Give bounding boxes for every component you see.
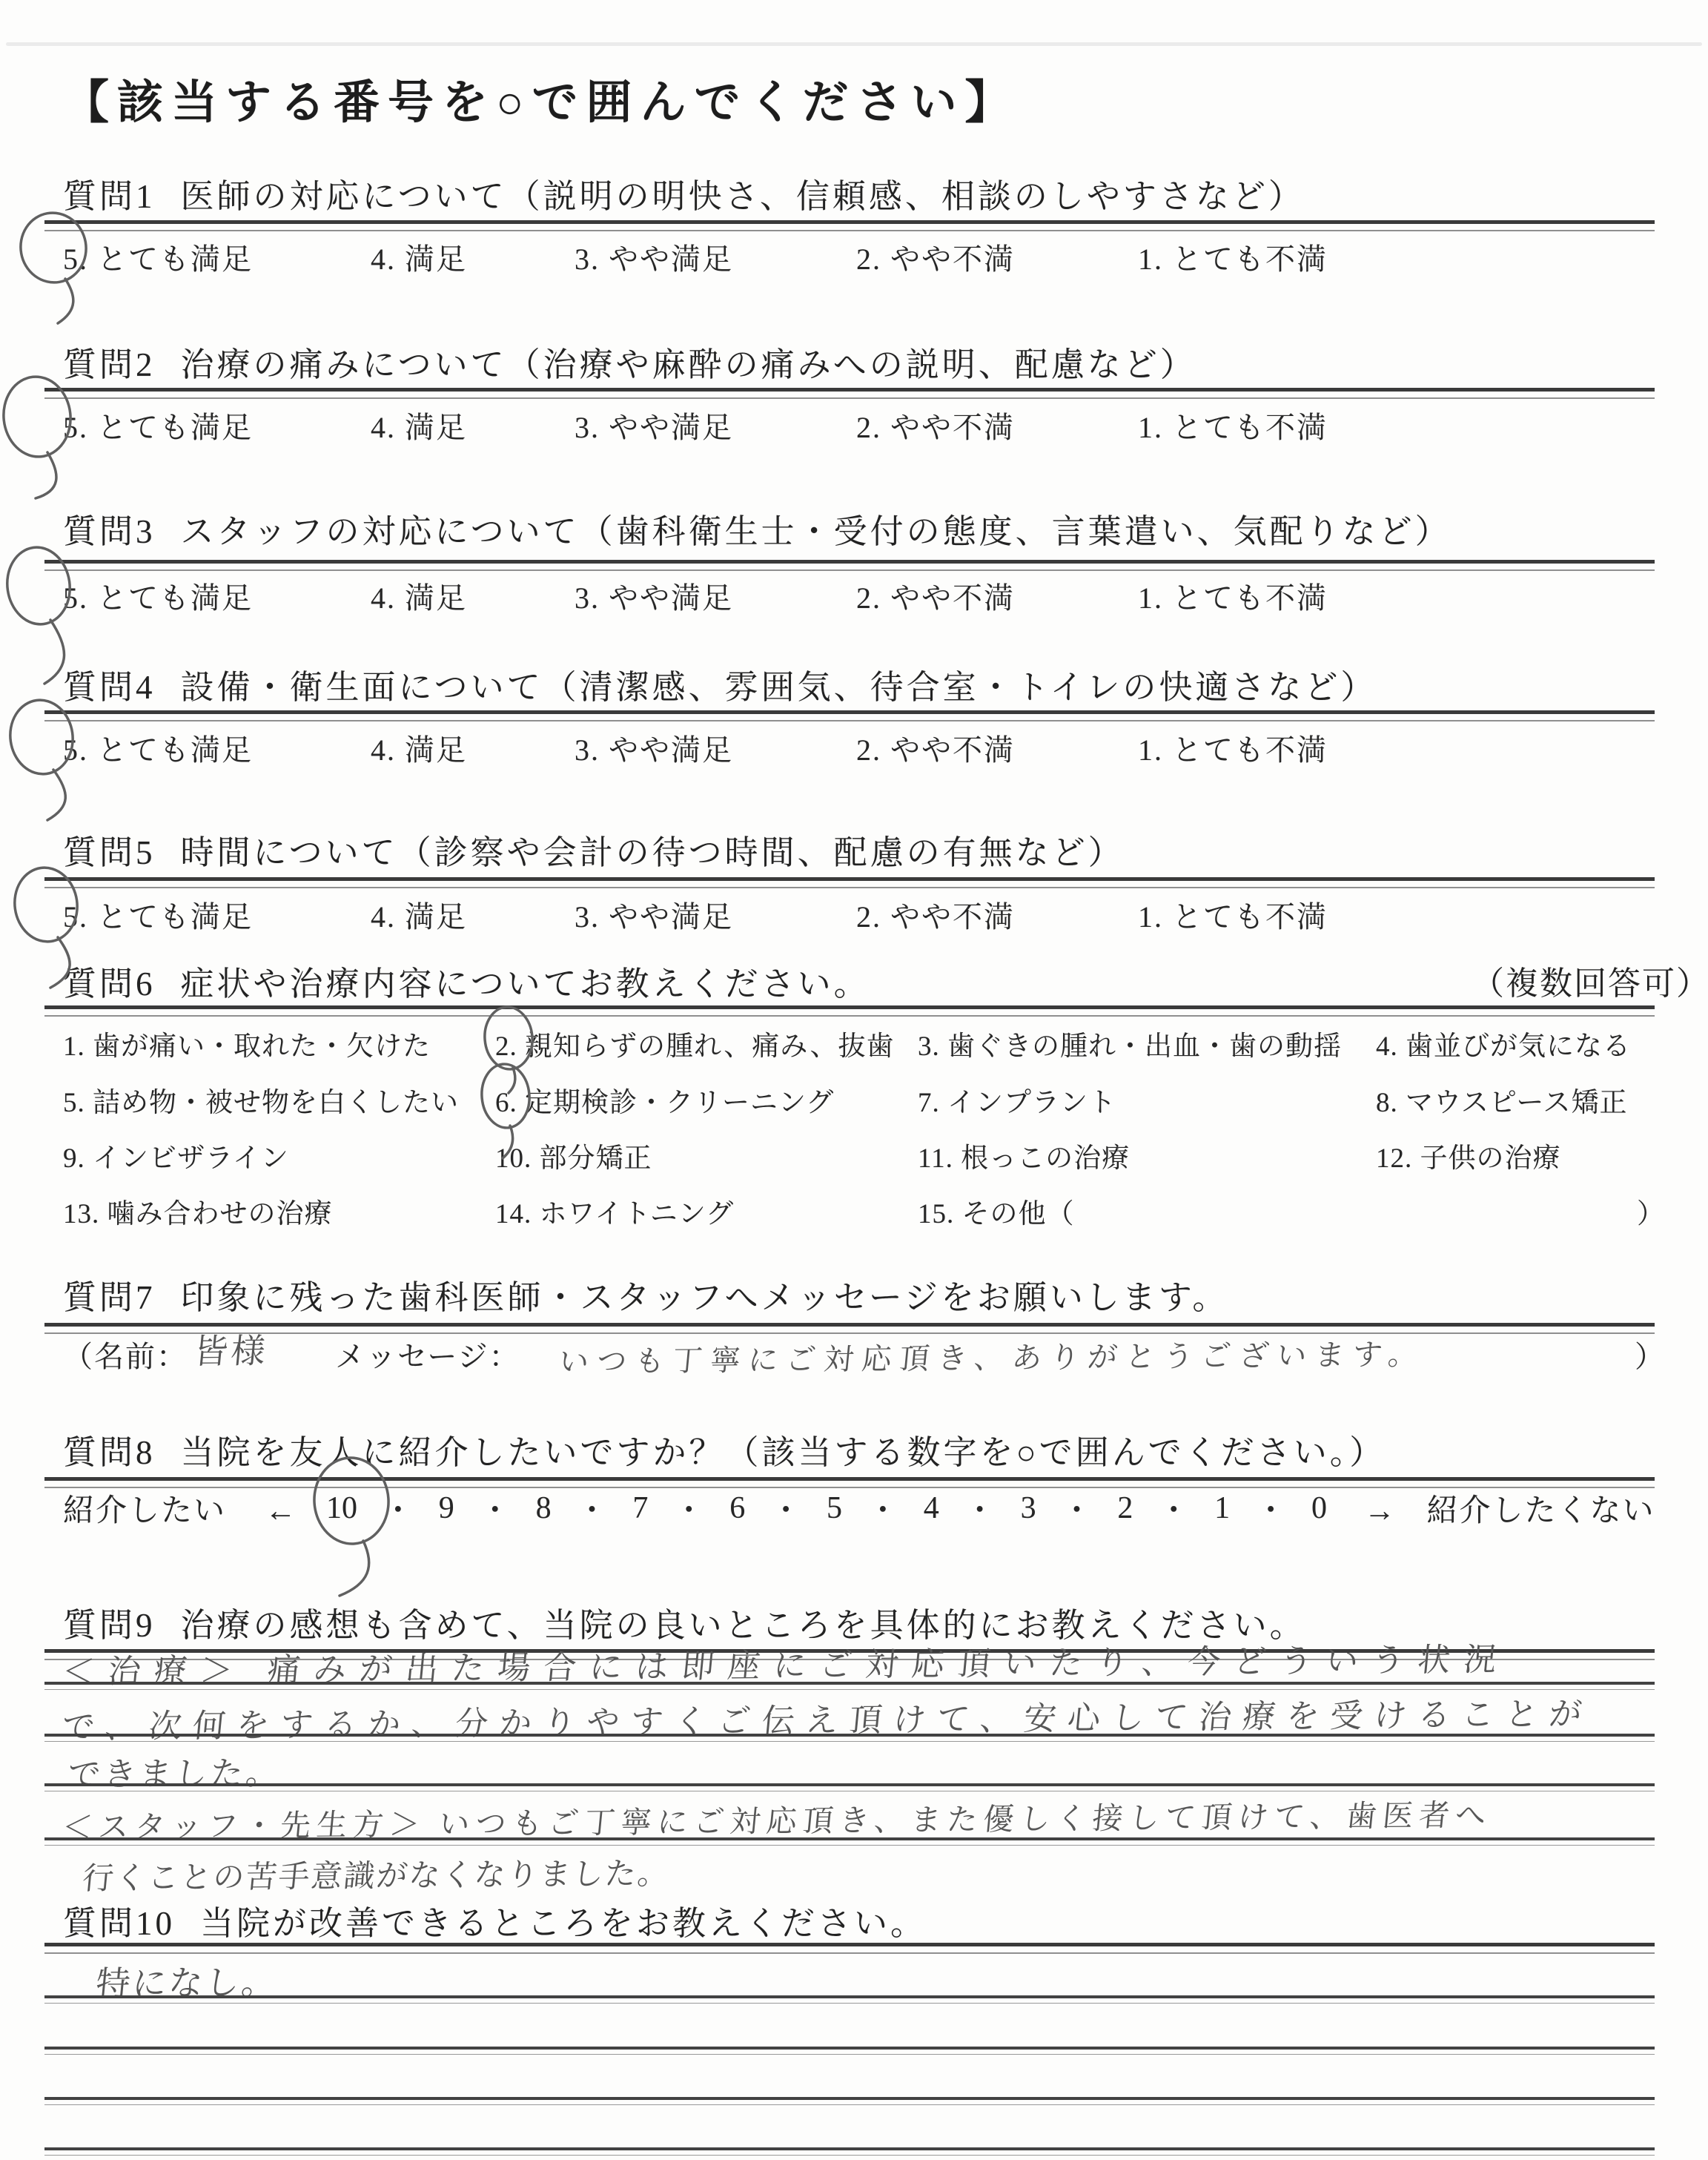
q2-option-2: 2. やや不満 xyxy=(856,404,1015,446)
q4-option-2: 2. やや不満 xyxy=(856,727,1015,769)
q8-heading: 質問8当院を友人に紹介したいですか？（該当する数字を○で囲んでください。） xyxy=(63,1425,1386,1473)
q10-answer-rule-2 xyxy=(44,2047,1655,2055)
q10-answer-rule-3 xyxy=(44,2097,1655,2105)
q6-option-4: 4. 歯並びが気になる xyxy=(1376,1023,1631,1063)
q2-heading: 質問2治療の痛みについて（治療や麻酔の痛みへの説明、配慮など） xyxy=(63,337,1196,386)
q1-option-2: 2. やや不満 xyxy=(856,236,1015,278)
q8-dot: ・ xyxy=(964,1486,996,1530)
q7-heading: 質問7印象に残った歯科医師・スタッフへメッセージをお願いします。 xyxy=(63,1270,1228,1318)
q2-option-4: 4. 満足 xyxy=(371,404,467,446)
q3-option-4: 4. 満足 xyxy=(371,575,467,617)
q6-multi-answer-note: （複数回答可） xyxy=(1472,957,1708,1004)
q8-dot: ・ xyxy=(673,1486,704,1530)
q1-option-5: 5. とても満足 xyxy=(63,236,253,278)
q5-option-1: 1. とても不満 xyxy=(1138,894,1328,936)
q5-title: 時間について（診察や会計の待つ時間、配慮の有無など） xyxy=(181,834,1125,871)
q8-dot: ・ xyxy=(1061,1486,1092,1530)
q2-option-3: 3. やや満足 xyxy=(575,404,733,446)
q3-option-1: 1. とても不満 xyxy=(1138,575,1328,617)
q5-option-5: 5. とても満足 xyxy=(63,894,253,936)
q6-option-5: 5. 詰め物・被せ物を白くしたい xyxy=(63,1080,459,1120)
q3-rule xyxy=(44,560,1655,571)
q4-option-3: 3. やや満足 xyxy=(575,727,733,769)
q6-option-9: 9. インビザライン xyxy=(63,1135,289,1175)
q3-option-3: 3. やや満足 xyxy=(575,575,733,617)
q3-title: スタッフの対応について（歯科衛生士・受付の態度、言葉遣い、気配りなど） xyxy=(181,513,1452,550)
q8-dot: ・ xyxy=(867,1486,898,1530)
q9-answer-rule-2 xyxy=(44,1734,1655,1742)
q8-dot: ・ xyxy=(383,1486,414,1530)
q8-scale-1: 1 xyxy=(1214,1490,1230,1526)
q8-scale-row: 10 ・ 9 ・ 8 ・ 7 ・ 6 ・ 5 ・ 4 ・ 3 ・ 2 ・ 1 ・… xyxy=(326,1486,1327,1530)
q6-rule xyxy=(44,1005,1655,1017)
q8-scale-5: 5 xyxy=(827,1490,842,1526)
q8-number: 質問8 xyxy=(63,1434,156,1471)
q4-option-4: 4. 満足 xyxy=(371,727,467,769)
q7-message-label: メッセージ： xyxy=(335,1333,520,1375)
q7-name-handwriting: 皆様 xyxy=(192,1324,271,1374)
q10-number: 質問10 xyxy=(63,1905,175,1942)
q2-number: 質問2 xyxy=(63,346,156,383)
q7-number: 質問7 xyxy=(63,1279,156,1316)
q5-option-4: 4. 満足 xyxy=(371,894,467,936)
q6-option-8: 8. マウスピース矯正 xyxy=(1376,1080,1628,1120)
q8-title: 当院を友人に紹介したいですか？（該当する数字を○で囲んでください。） xyxy=(181,1434,1386,1471)
q6-option-12: 12. 子供の治療 xyxy=(1376,1135,1561,1175)
q7-close-paren: ） xyxy=(1635,1333,1666,1375)
q8-no-refer-label: 紹介したくない xyxy=(1427,1494,1655,1528)
q8-scale-7: 7 xyxy=(632,1490,648,1526)
q6-option-13: 13. 噛み合わせの治療 xyxy=(63,1191,333,1231)
q1-option-3: 3. やや満足 xyxy=(575,236,733,278)
q5-option-2: 2. やや不満 xyxy=(856,894,1015,936)
q6-option-11: 11. 根っこの治療 xyxy=(918,1135,1130,1175)
q5-heading: 質問5時間について（診察や会計の待つ時間、配慮の有無など） xyxy=(63,825,1125,873)
q1-option-1: 1. とても不満 xyxy=(1138,236,1328,278)
q3-option-5: 5. とても満足 xyxy=(63,575,253,617)
q8-dot: ・ xyxy=(1158,1486,1189,1530)
q1-option-4: 4. 満足 xyxy=(371,236,467,278)
q4-title: 設備・衛生面について（清潔感、雰囲気、待合室・トイレの快適さなど） xyxy=(181,669,1377,706)
q6-option-10: 10. 部分矯正 xyxy=(495,1135,652,1175)
q2-option-1: 1. とても不満 xyxy=(1138,404,1328,446)
q6-option-1: 1. 歯が痛い・取れた・欠けた xyxy=(63,1023,431,1063)
q9-answer-line-5: 行くことの苦手意識がなくなりました。 xyxy=(81,1849,672,1899)
q6-option-15-close-paren: ） xyxy=(1637,1191,1665,1231)
q3-option-2: 2. やや不満 xyxy=(856,575,1015,617)
q8-right-arrow-icon: → xyxy=(1364,1494,1397,1528)
q6-option-3: 3. 歯ぐきの腫れ・出血・歯の動揺 xyxy=(918,1023,1342,1063)
q6-heading: 質問6症状や治療内容についてお教えください。 xyxy=(63,957,870,1005)
q7-title: 印象に残った歯科医師・スタッフへメッセージをお願いします。 xyxy=(181,1279,1229,1316)
scan-artifact-line xyxy=(6,42,1702,46)
q6-option-14: 14. ホワイトニング xyxy=(495,1191,734,1231)
q9-number: 質問9 xyxy=(63,1607,156,1644)
q8-left-arrow-icon: ← xyxy=(265,1494,298,1528)
q8-right-label: → 紹介したくない xyxy=(1364,1486,1655,1530)
q2-rule xyxy=(44,388,1655,399)
q8-dot: ・ xyxy=(770,1486,801,1530)
q9-answer-rule-3 xyxy=(44,1783,1655,1791)
q7-name-label: （名前： xyxy=(63,1333,188,1375)
q10-heading: 質問10当院が改善できるところをお教えください。 xyxy=(63,1896,927,1944)
q7-message-handwriting: いつも丁寧にご対応頂き、ありがとうございます。 xyxy=(557,1331,1429,1381)
q5-rule xyxy=(44,877,1655,888)
q8-scale-10: 10 xyxy=(326,1490,357,1526)
q4-option-5: 5. とても満足 xyxy=(63,727,253,769)
q4-number: 質問4 xyxy=(63,669,156,706)
q6-number: 質問6 xyxy=(63,965,156,1003)
q10-title: 当院が改善できるところをお教えください。 xyxy=(200,1905,927,1942)
q6-title: 症状や治療内容についてお教えください。 xyxy=(181,965,870,1003)
q8-left-label: 紹介したい ← xyxy=(63,1486,298,1530)
q8-refer-label: 紹介したい xyxy=(63,1494,226,1528)
q3-heading: 質問3スタッフの対応について（歯科衛生士・受付の態度、言葉遣い、気配りなど） xyxy=(63,504,1452,552)
q1-title: 医師の対応について（説明の明快さ、信頼感、相談のしやすさなど） xyxy=(181,178,1305,215)
q8-scale-2: 2 xyxy=(1117,1490,1133,1526)
q5-number: 質問5 xyxy=(63,834,156,871)
q8-dot: ・ xyxy=(1255,1486,1286,1530)
q6-option-2: 2. 親知らずの腫れ、痛み、抜歯 xyxy=(495,1023,894,1063)
q1-heading: 質問1医師の対応について（説明の明快さ、信頼感、相談のしやすさなど） xyxy=(63,169,1305,217)
q8-scale-3: 3 xyxy=(1021,1490,1036,1526)
q8-dot: ・ xyxy=(480,1486,511,1530)
q10-answer-rule-1 xyxy=(44,1995,1655,2004)
q1-number: 質問1 xyxy=(63,178,156,215)
q1-rule xyxy=(44,220,1655,231)
q3-number: 質問3 xyxy=(63,513,156,550)
q4-rule xyxy=(44,710,1655,721)
q6-option-7: 7. インプラント xyxy=(918,1080,1116,1120)
q8-scale-9: 9 xyxy=(439,1490,454,1526)
q8-scale-0: 0 xyxy=(1311,1490,1327,1526)
q10-rule xyxy=(44,1943,1655,1954)
page-title: 【該当する番号を○で囲んでください】 xyxy=(63,65,1019,131)
q8-scale-4: 4 xyxy=(924,1490,939,1526)
q2-option-5: 5. とても満足 xyxy=(63,404,253,446)
q6-option-15: 15. その他（ xyxy=(918,1191,1075,1231)
q6-option-6: 6. 定期検診・クリーニング xyxy=(495,1080,834,1120)
q8-dot: ・ xyxy=(576,1486,607,1530)
q10-answer-rule-4 xyxy=(44,2147,1655,2156)
q4-option-1: 1. とても不満 xyxy=(1138,727,1328,769)
q9-answer-rule-4 xyxy=(44,1837,1655,1846)
q8-scale-8: 8 xyxy=(536,1490,552,1526)
q4-heading: 質問4設備・衛生面について（清潔感、雰囲気、待合室・トイレの快適さなど） xyxy=(63,660,1377,708)
q2-title: 治療の痛みについて（治療や麻酔の痛みへの説明、配慮など） xyxy=(181,346,1196,383)
scanned-survey-page: 【該当する番号を○で囲んでください】 質問1医師の対応について（説明の明快さ、信… xyxy=(0,0,1708,2160)
q8-scale-6: 6 xyxy=(729,1490,745,1526)
q5-option-3: 3. やや満足 xyxy=(575,894,733,936)
